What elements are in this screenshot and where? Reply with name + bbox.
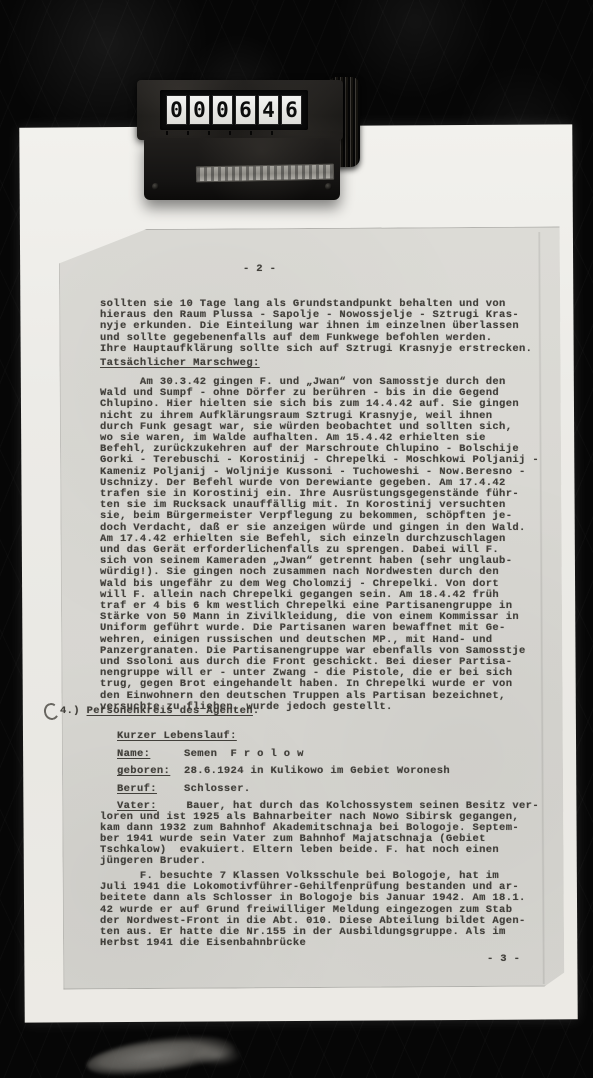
counter-digit: 4 <box>258 95 279 125</box>
page-number-top: - 2 - <box>243 264 276 275</box>
name-label: Name: <box>117 749 150 760</box>
lebenslauf-heading: Kurzer Lebenslauf: <box>117 731 237 742</box>
counter-label-plate <box>196 164 334 183</box>
march-route-heading: Tatsächlicher Marschweg: <box>100 358 260 369</box>
march-route-paragraph: Am 30.3.42 gingen F. und „Jwan“ von Samo… <box>100 377 539 713</box>
counter-digit: 6 <box>281 95 302 125</box>
born-value: 28.6.1924 in Kulikowo im Gebiet Woronesh <box>184 766 450 777</box>
screw-icon <box>325 183 332 190</box>
screw-icon <box>152 183 159 190</box>
microfilm-frame: - 2 - sollten sie 10 Tage lang als Grund… <box>0 0 593 1078</box>
bio-paragraph: F. besuchte 7 Klassen Volksschule bei Bo… <box>100 871 526 949</box>
counter-digit: 0 <box>189 95 210 125</box>
section-heading: 4.) Personenkreis des Agenten. <box>60 706 260 717</box>
page-number-bottom: - 3 - <box>487 954 520 965</box>
beruf-label: Beruf: <box>117 784 157 795</box>
vater-paragraph: Bauer, hat durch das Kolchossystem seine… <box>100 801 539 866</box>
name-value: Semen F r o l o w <box>184 749 304 760</box>
counter-digit: 0 <box>166 95 187 125</box>
counter-digit-window: 0 0 0 6 4 6 <box>160 90 308 130</box>
intro-paragraph: sollten sie 10 Tage lang als Grundstandp… <box>100 299 532 355</box>
film-smudge <box>190 1044 242 1066</box>
beruf-value: Schlosser. <box>184 784 251 795</box>
counter-digit-ticks <box>166 131 304 135</box>
counter-digit: 6 <box>235 95 256 125</box>
section-title-period: . <box>253 705 260 717</box>
born-label: geboren: <box>117 766 170 777</box>
section-number: 4.) <box>60 705 80 717</box>
section-title: Personenkreis des Agenten <box>87 705 253 717</box>
counter-digit: 0 <box>212 95 233 125</box>
